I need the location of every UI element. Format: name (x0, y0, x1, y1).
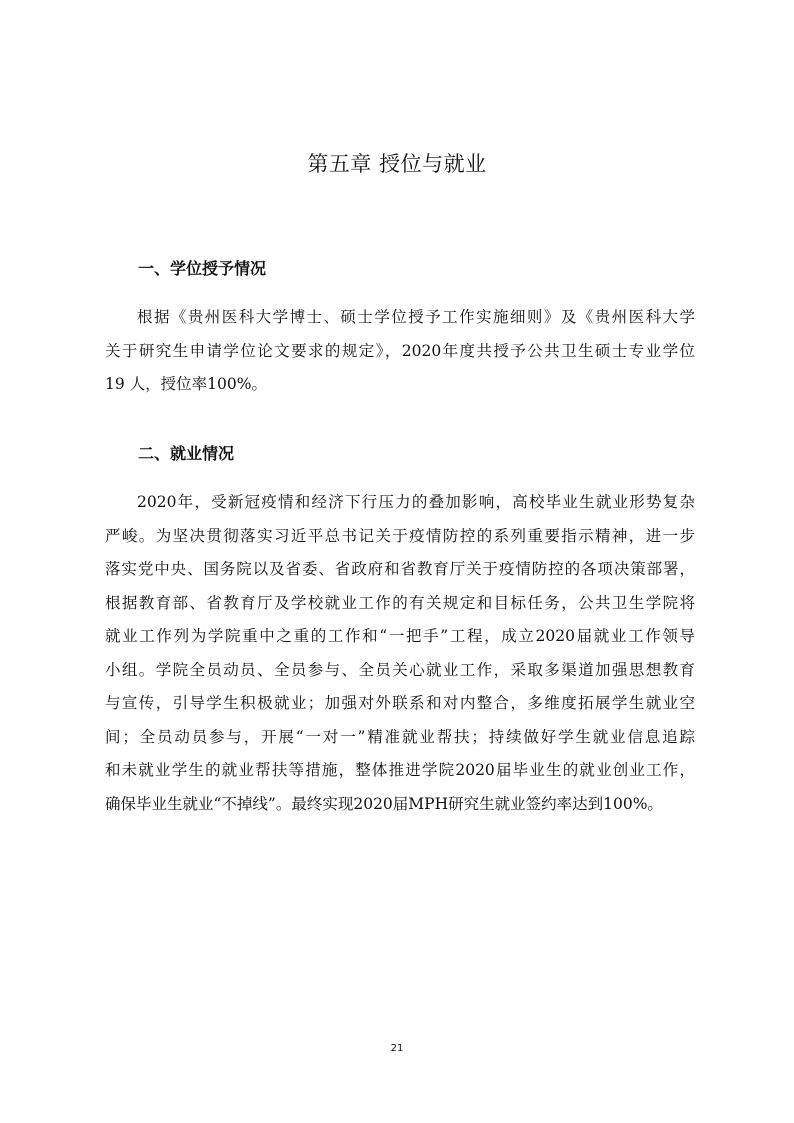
text-line: 确保毕业生就业“不掉线”。最终实现2020届MPH研究生就业签约率达到100%。 (105, 788, 695, 822)
text-line: 间；全员动员参与，开展“一对一”精准就业帮扶；持续做好学生就业信息追踪 (105, 721, 695, 755)
page-number: 21 (0, 1043, 794, 1054)
section-heading-degree: 一、学位授予情况 (138, 256, 266, 279)
text-line: 严峻。为坚决贯彻落实习近平总书记关于疫情防控的系列重要指示精神，进一步 (105, 520, 695, 554)
text-line: 根据《贵州医科大学博士、硕士学位授予工作实施细则》及《贵州医科大学 (105, 301, 695, 335)
text-line: 根据教育部、省教育厅及学校就业工作的有关规定和目标任务，公共卫生学院将 (105, 587, 695, 621)
paragraph-employment: 2020年，受新冠疫情和经济下行压力的叠加影响，高校毕业生就业形势复杂 严峻。为… (105, 486, 695, 821)
text-line: 关于研究生申请学位论文要求的规定》，2020年度共授予公共卫生硕士专业学位 (105, 335, 695, 369)
text-line: 与宣传，引导学生积极就业；加强对外联系和对内整合，多维度拓展学生就业空 (105, 687, 695, 721)
section-heading-employment: 二、就业情况 (138, 441, 234, 464)
text-line: 2020年，受新冠疫情和经济下行压力的叠加影响，高校毕业生就业形势复杂 (105, 486, 695, 520)
text-line: 落实党中央、国务院以及省委、省政府和省教育厅关于疫情防控的各项决策部署， (105, 553, 695, 587)
text-line: 小组。学院全员动员、全员参与、全员关心就业工作，采取多渠道加强思想教育 (105, 654, 695, 688)
text-line: 和未就业学生的就业帮扶等措施，整体推进学院2020届毕业生的就业创业工作， (105, 754, 695, 788)
chapter-title: 第五章 授位与就业 (0, 148, 794, 178)
text-line: 就业工作列为学院重中之重的工作和“一把手”工程，成立2020届就业工作领导 (105, 620, 695, 654)
text-line: 19 人，授位率100%。 (105, 368, 695, 402)
paragraph-degree: 根据《贵州医科大学博士、硕士学位授予工作实施细则》及《贵州医科大学 关于研究生申… (105, 301, 695, 402)
